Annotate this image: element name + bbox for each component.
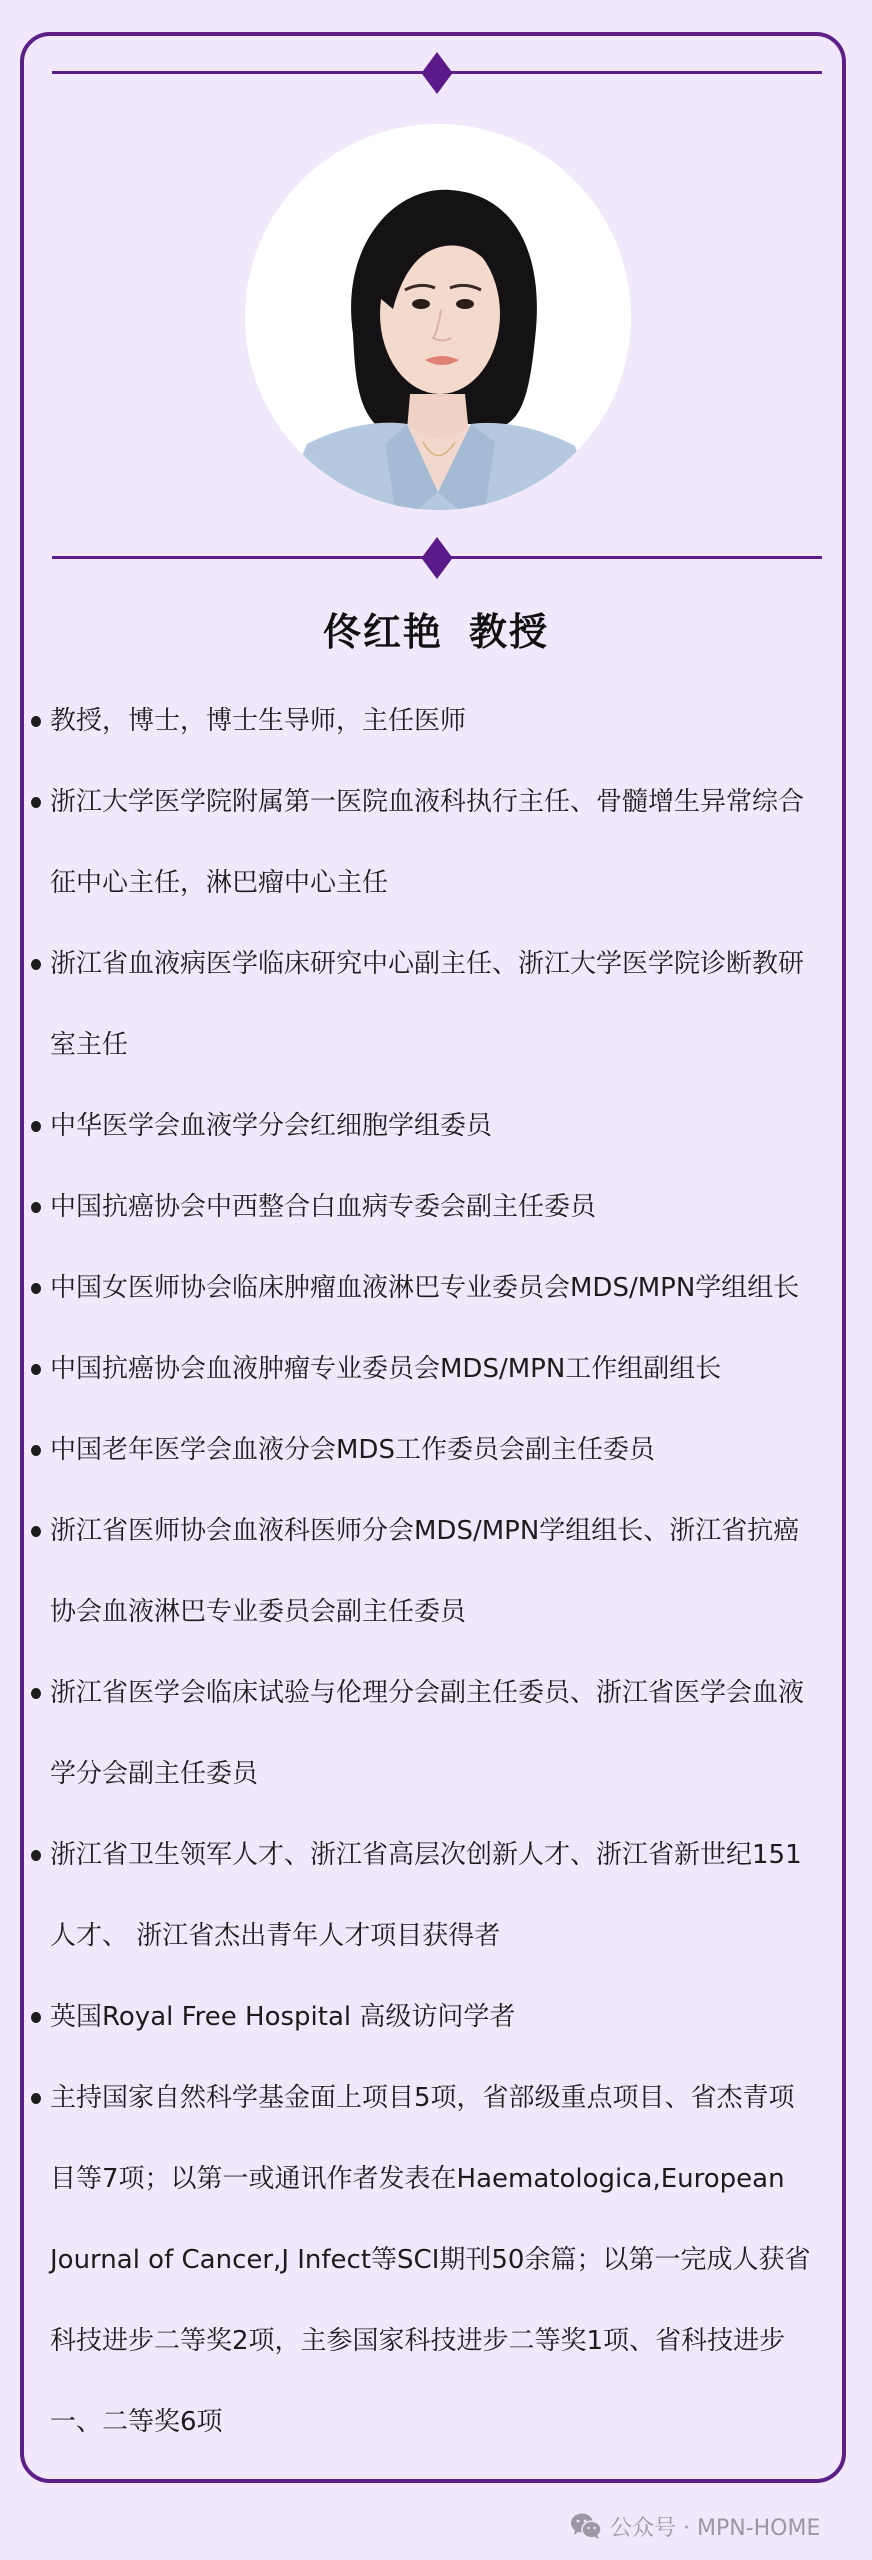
bullet-icon <box>31 1445 41 1456</box>
bio-item-continuation: 人才、 浙江省杰出青年人才项目获得者 <box>0 1896 872 1977</box>
bio-item: 浙江省医学会临床试验与伦理分会副主任委员、浙江省医学会血液 <box>0 1653 872 1734</box>
bio-item: 中国抗癌协会血液肿瘤专业委员会MDS/MPN工作组副组长 <box>0 1329 872 1410</box>
profile-academic-title: 教授 <box>469 610 549 654</box>
bio-item-text: 浙江省血液病医学临床研究中心副主任、浙江大学医学院诊断教研 <box>50 949 804 979</box>
bio-item-text: 中国老年医学会血液分会MDS工作委员会副主任委员 <box>50 1435 655 1465</box>
bullet-icon <box>31 1202 41 1213</box>
bio-item-text: 浙江省医师协会血液科医师分会MDS/MPN学组组长、浙江省抗癌 <box>50 1516 799 1546</box>
bio-item-text: 浙江省医学会临床试验与伦理分会副主任委员、浙江省医学会血液 <box>50 1678 804 1708</box>
bio-item-text: 中国抗癌协会血液肿瘤专业委员会MDS/MPN工作组副组长 <box>50 1354 721 1384</box>
bio-list: 教授，博士，博士生导师，主任医师浙江大学医学院附属第一医院血液科执行主任、骨髓增… <box>0 681 872 2463</box>
bio-item-continuation: 目等7项；以第一或通讯作者发表在Haematologica,European <box>0 2139 872 2220</box>
bio-item: 浙江省血液病医学临床研究中心副主任、浙江大学医学院诊断教研 <box>0 924 872 1005</box>
bio-item-text: 英国Royal Free Hospital 高级访问学者 <box>50 2002 515 2032</box>
bio-item-text: 教授，博士，博士生导师，主任医师 <box>50 706 466 736</box>
bio-item-text: 目等7项；以第一或通讯作者发表在Haematologica,European <box>50 2164 785 2194</box>
bio-item-text: 主持国家自然科学基金面上项目5项，省部级重点项目、省杰青项 <box>50 2083 795 2113</box>
bio-item-text: 中国抗癌协会中西整合白血病专委会副主任委员 <box>50 1192 596 1222</box>
bio-item: 浙江大学医学院附属第一医院血液科执行主任、骨髓增生异常综合 <box>0 762 872 843</box>
bullet-icon <box>31 1850 41 1861</box>
watermark-label: 公众号 · MPN-HOME <box>610 2511 820 2542</box>
bullet-icon <box>31 1283 41 1294</box>
bio-item-continuation: 协会血液淋巴专业委员会副主任委员 <box>0 1572 872 1653</box>
bullet-icon <box>31 959 41 970</box>
bio-item: 教授，博士，博士生导师，主任医师 <box>0 681 872 762</box>
bio-item-text: 人才、 浙江省杰出青年人才项目获得者 <box>50 1921 500 1951</box>
bullet-icon <box>31 1688 41 1699</box>
bio-item-continuation: 一、二等奖6项 <box>0 2382 872 2463</box>
bullet-icon <box>31 2093 41 2104</box>
bullet-icon <box>31 2012 41 2023</box>
bio-item-continuation: Journal of Cancer,J Infect等SCI期刊50余篇；以第一… <box>0 2220 872 2301</box>
bio-item: 主持国家自然科学基金面上项目5项，省部级重点项目、省杰青项 <box>0 2058 872 2139</box>
bio-item-continuation: 学分会副主任委员 <box>0 1734 872 1815</box>
bio-item-text: 科技进步二等奖2项，主参国家科技进步二等奖1项、省科技进步 <box>50 2326 785 2356</box>
bio-item-text: Journal of Cancer,J Infect等SCI期刊50余篇；以第一… <box>50 2245 810 2275</box>
bio-item-text: 协会血液淋巴专业委员会副主任委员 <box>50 1597 466 1627</box>
bio-item-text: 中华医学会血液学分会红细胞学组委员 <box>50 1111 492 1141</box>
profile-name: 佟红艳 <box>323 610 443 654</box>
bio-item-text: 中国女医师协会临床肿瘤血液淋巴专业委员会MDS/MPN学组组长 <box>50 1273 799 1303</box>
bio-item: 浙江省卫生领军人才、浙江省高层次创新人才、浙江省新世纪151 <box>0 1815 872 1896</box>
bio-item: 中国女医师协会临床肿瘤血液淋巴专业委员会MDS/MPN学组组长 <box>0 1248 872 1329</box>
bio-item-text: 浙江大学医学院附属第一医院血液科执行主任、骨髓增生异常综合 <box>50 787 804 817</box>
bio-item-continuation: 征中心主任，淋巴瘤中心主任 <box>0 843 872 924</box>
middle-divider <box>52 556 822 559</box>
bio-item-text: 浙江省卫生领军人才、浙江省高层次创新人才、浙江省新世纪151 <box>50 1840 802 1870</box>
bio-item: 中华医学会血液学分会红细胞学组委员 <box>0 1086 872 1167</box>
wechat-icon <box>570 2512 602 2540</box>
bio-item: 中国老年医学会血液分会MDS工作委员会副主任委员 <box>0 1410 872 1491</box>
bio-item-text: 征中心主任，淋巴瘤中心主任 <box>50 868 388 898</box>
bullet-icon <box>31 1121 41 1132</box>
person-portrait-icon <box>245 124 631 510</box>
bio-item: 中国抗癌协会中西整合白血病专委会副主任委员 <box>0 1167 872 1248</box>
bullet-icon <box>31 716 41 727</box>
bio-item-continuation: 科技进步二等奖2项，主参国家科技进步二等奖1项、省科技进步 <box>0 2301 872 2382</box>
bio-item-continuation: 室主任 <box>0 1005 872 1086</box>
bullet-icon <box>31 1526 41 1537</box>
bullet-icon <box>31 797 41 808</box>
bio-item: 英国Royal Free Hospital 高级访问学者 <box>0 1977 872 2058</box>
bio-item: 浙江省医师协会血液科医师分会MDS/MPN学组组长、浙江省抗癌 <box>0 1491 872 1572</box>
bullet-icon <box>31 1364 41 1375</box>
portrait-photo <box>245 124 631 510</box>
top-divider <box>52 71 822 74</box>
watermark: 公众号 · MPN-HOME <box>570 2511 820 2541</box>
bio-item-text: 一、二等奖6项 <box>50 2407 223 2437</box>
bio-item-text: 学分会副主任委员 <box>50 1759 258 1789</box>
bio-item-text: 室主任 <box>50 1030 128 1060</box>
profile-title: 佟红艳教授 <box>0 608 872 656</box>
